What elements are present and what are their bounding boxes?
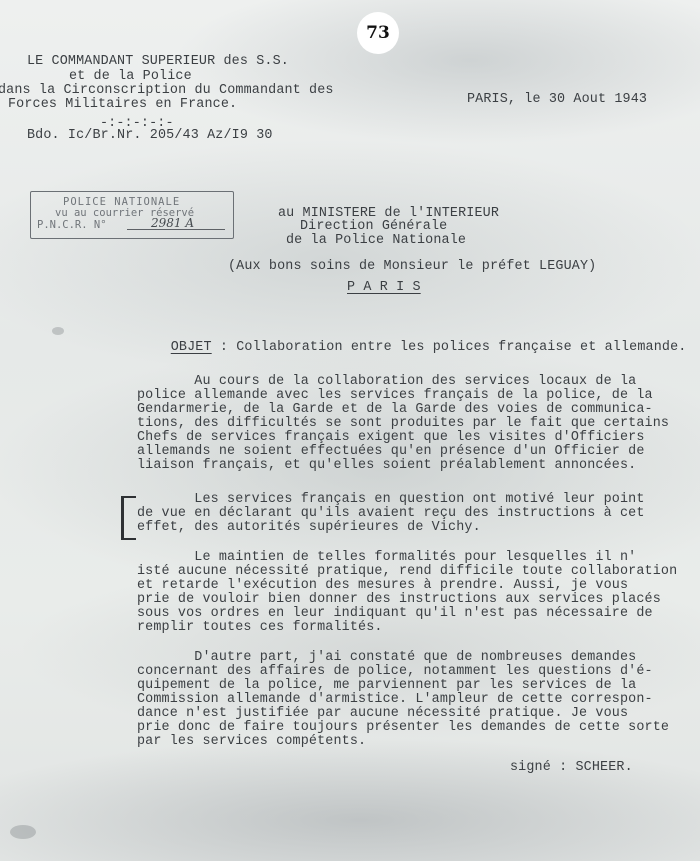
page-number-badge: 73 [357, 12, 399, 54]
subject-text: : Collaboration entre les polices frança… [212, 340, 687, 355]
sender-line-4: Forces Militaires en France. [8, 97, 237, 113]
police-nationale-stamp: POLICE NATIONALE vu au courrier réservé … [30, 191, 234, 239]
scan-speck [52, 327, 64, 335]
paragraph-3-line-6: remplir toutes ces formalités. [137, 620, 383, 636]
stamp-handwritten-number: 2981 A [127, 217, 225, 230]
paragraph-2-line-3: effet, des autorités supérieures de Vich… [137, 520, 481, 536]
recipient-city: P A R I S [347, 280, 421, 296]
signature: signé : SCHEER. [510, 760, 633, 776]
scan-speck [10, 825, 36, 839]
margin-bracket-mark [121, 496, 136, 540]
stamp-number-label: P.N.C.R. N° [37, 219, 107, 231]
subject-line: OBJET : Collaboration entre les polices … [138, 324, 686, 372]
subject-label: OBJET [171, 340, 212, 355]
paragraph-1-line-7: liaison français, et qu'elles soient pré… [137, 458, 636, 474]
scanned-letter-page: 73 LE COMMANDANT SUPERIEUR des S.S. et d… [0, 0, 700, 861]
recipient-line-3: de la Police Nationale [286, 233, 466, 249]
recipient-care-of: (Aux bons soins de Monsieur le préfet LE… [228, 259, 596, 275]
reference-number: Bdo. Ic/Br.Nr. 205/43 Az/I9 30 [27, 128, 273, 144]
place-date: PARIS, le 30 Aout 1943 [467, 92, 647, 108]
paragraph-4-line-7: par les services compétents. [137, 734, 366, 750]
sender-line-1: LE COMMANDANT SUPERIEUR des S.S. [27, 54, 289, 70]
